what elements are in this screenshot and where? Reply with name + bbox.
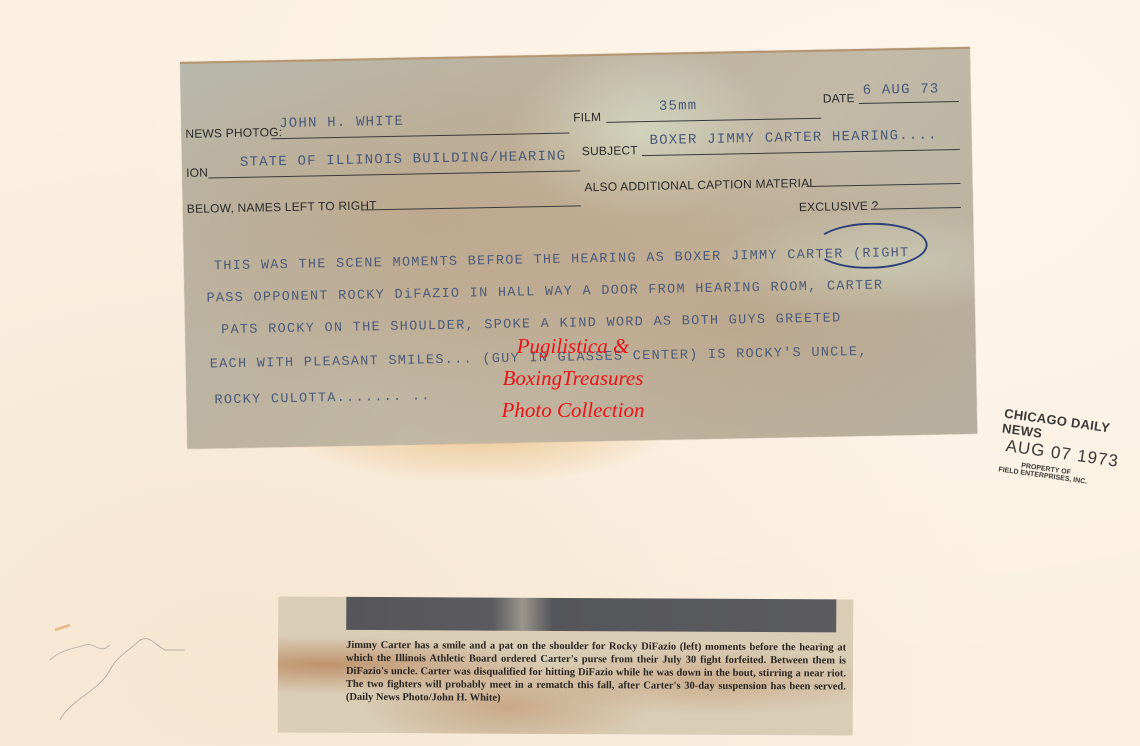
location-line [208,170,580,178]
date-value: 6 AUG 73 [863,81,940,98]
newspaper-clipping: Jimmy Carter has a smile and a pat on th… [278,596,854,735]
film-label: FILM [573,110,601,125]
news-photog-label: NEWS PHOTOG: [185,125,282,141]
additional-caption-label: ALSO ADDITIONAL CAPTION MATERIAL [584,176,816,194]
watermark-line: Photo Collection [478,394,668,426]
date-line [859,101,959,104]
watermark-line: Pugilistica & [478,330,668,362]
exclusive-label: EXCLUSIVE ? [799,199,879,215]
clipping-caption: Jimmy Carter has a smile and a pat on th… [346,639,846,707]
additional-caption-line [806,183,960,187]
location-value: STATE OF ILLINOIS BUILDING/HEARING [240,149,567,171]
pencil-scribble [40,620,190,730]
caption-line: ROCKY CULOTTA....... .. [214,389,430,408]
date-label: DATE [823,91,855,106]
names-label: BELOW, NAMES LEFT TO RIGHT [187,198,377,216]
location-label: ION [186,165,208,179]
subject-value: BOXER JIMMY CARTER HEARING.... [649,127,937,149]
subject-label: SUBJECT [582,143,638,158]
clipping-photo-strip [346,597,836,633]
film-line [606,118,821,123]
subject-line [642,149,960,156]
watermark: Pugilistica & BoxingTreasures Photo Coll… [478,330,668,426]
film-value: 35mm [659,98,698,115]
watermark-line: BoxingTreasures [478,362,668,394]
news-photog-line [271,133,569,140]
exclusive-line [871,207,961,210]
names-line [361,205,581,210]
caption-line: PASS OPPONENT ROCKY DiFAZIO IN HALL WAY … [206,279,883,307]
caption-line: THIS WAS THE SCENE MOMENTS BEFROE THE HE… [214,246,910,274]
news-photog-value: JOHN H. WHITE [279,114,404,132]
